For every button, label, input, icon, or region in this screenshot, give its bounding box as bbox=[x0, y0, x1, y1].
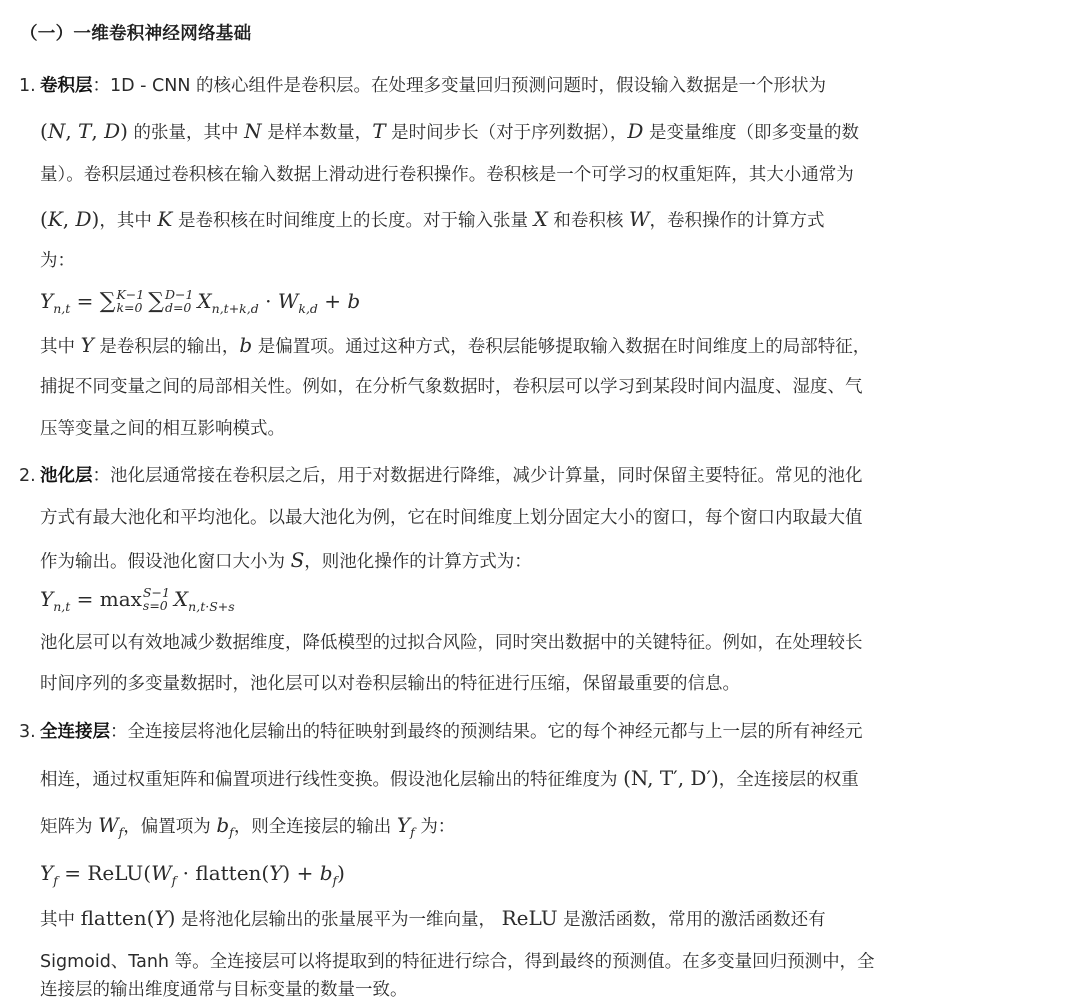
text: 作为输出。假设池化窗口大小为 bbox=[40, 552, 285, 572]
math-shape: (K, D) bbox=[40, 207, 99, 231]
text: ，偏置项为 bbox=[123, 817, 211, 837]
list-number: 2. bbox=[19, 463, 36, 489]
text: 是样本数量， bbox=[267, 123, 372, 143]
text: ，其中 bbox=[99, 211, 152, 231]
formula-fully-connected: Yf = ReLU(Wf · flatten(Y) + bf) bbox=[40, 860, 345, 886]
text: 是将池化层输出的张量展平为一维向量， bbox=[181, 910, 496, 930]
text: ，则池化操作的计算方式为： bbox=[304, 552, 532, 572]
text: 是卷积层的输出， bbox=[99, 337, 239, 357]
text: 矩阵为 bbox=[40, 817, 93, 837]
text: 是变量维度（即多变量的数 bbox=[649, 123, 859, 143]
list-number: 3. bbox=[19, 719, 36, 745]
text: 池化层通常接在卷积层之后，用于对数据进行降维，减少计算量，同时保留主要特征。常见… bbox=[110, 466, 863, 486]
text: ，则全连接层的输出 bbox=[234, 817, 392, 837]
math-var: b bbox=[216, 813, 229, 837]
colon: ： bbox=[93, 466, 111, 486]
paragraph-line: 其中 flatten(Y) 是将池化层输出的张量展平为一维向量， ReLU 是激… bbox=[40, 905, 826, 931]
math-var: X bbox=[534, 207, 548, 231]
paragraph-line: 量）。卷积层通过卷积核在输入数据上滑动进行卷积操作。卷积核是一个可学习的权重矩阵… bbox=[40, 162, 854, 188]
text: 是卷积核在时间维度上的长度。对于输入张量 bbox=[178, 211, 528, 231]
math-var: S bbox=[291, 548, 305, 572]
text: ，全连接层的权重 bbox=[719, 770, 859, 790]
math-var: T bbox=[372, 119, 385, 143]
paragraph-line: (K, D)，其中 K 是卷积核在时间维度上的长度。对于输入张量 X 和卷积核 … bbox=[40, 206, 825, 232]
text: 为： bbox=[420, 817, 455, 837]
term-title: 全连接层 bbox=[40, 722, 110, 742]
list-number: 1. bbox=[19, 73, 36, 99]
formula-convolution: Yn,t = ∑K−1k=0∑D−1d=0Xn,t+k,d · Wk,d + b bbox=[40, 288, 360, 314]
paragraph-line: Sigmoid、Tanh 等。全连接层可以将提取到的特征进行综合，得到最终的预测… bbox=[40, 949, 875, 975]
paragraph-line: 捕捉不同变量之间的局部相关性。例如，在分析气象数据时，卷积层可以学习到某段时间内… bbox=[40, 374, 863, 400]
text: 和卷积核 bbox=[553, 211, 623, 231]
paragraph-line: 压等变量之间的相互影响模式。 bbox=[40, 416, 285, 442]
text: 的张量，其中 bbox=[134, 123, 239, 143]
text: 是激活函数，常用的激活函数还有 bbox=[563, 910, 826, 930]
math-var: W bbox=[629, 207, 650, 231]
paragraph-line: 卷积层：1D - CNN 的核心组件是卷积层。在处理多变量回归预测问题时，假设输… bbox=[40, 73, 826, 99]
text: 1D - CNN 的核心组件是卷积层。在处理多变量回归预测问题时，假设输入数据是… bbox=[110, 76, 826, 96]
math-relu: ReLU bbox=[502, 906, 558, 930]
math-var: D bbox=[627, 119, 643, 143]
math-var: K bbox=[157, 207, 172, 231]
formula-max-pooling: Yn,t = maxS−1s=0Xn,t·S+s bbox=[40, 586, 235, 612]
paragraph-line: 连接层的输出维度通常与目标变量的数量一致。 bbox=[40, 977, 408, 1003]
section-heading: （一）一维卷积神经网络基础 bbox=[20, 20, 251, 45]
paragraph-line: (N, T, D) 的张量，其中 N 是样本数量，T 是时间步长（对于序列数据）… bbox=[40, 118, 859, 144]
math-var: Y bbox=[81, 333, 94, 357]
paragraph-line: 池化层：池化层通常接在卷积层之后，用于对数据进行降维，减少计算量，同时保留主要特… bbox=[40, 463, 863, 489]
paragraph-line: 池化层可以有效地减少数据维度，降低模型的过拟合风险，同时突出数据中的关键特征。例… bbox=[40, 630, 863, 656]
text: 全连接层将池化层输出的特征映射到最终的预测结果。它的每个神经元都与上一层的所有神… bbox=[128, 722, 863, 742]
colon: ： bbox=[110, 722, 128, 742]
math-flatten: flatten(Y) bbox=[81, 906, 176, 930]
paragraph-line: 方式有最大池化和平均池化。以最大池化为例，它在时间维度上划分固定大小的窗口，每个… bbox=[40, 505, 863, 531]
math-shape: (N, T, D) bbox=[40, 119, 128, 143]
text: 是偏置项。通过这种方式，卷积层能够提取输入数据在时间维度上的局部特征， bbox=[258, 337, 871, 357]
paragraph-line: 相连，通过权重矩阵和偏置项进行线性变换。假设池化层输出的特征维度为 (N, T′… bbox=[40, 765, 859, 791]
text: 其中 bbox=[40, 337, 75, 357]
math-var: b bbox=[239, 333, 252, 357]
colon: ： bbox=[93, 76, 111, 96]
paragraph-line: 其中 Y 是卷积层的输出，b 是偏置项。通过这种方式，卷积层能够提取输入数据在时… bbox=[40, 332, 870, 358]
term-title: 池化层 bbox=[40, 466, 93, 486]
paragraph-line: 为： bbox=[40, 248, 75, 274]
text: 相连，通过权重矩阵和偏置项进行线性变换。假设池化层输出的特征维度为 bbox=[40, 770, 618, 790]
math-var: N bbox=[244, 119, 262, 143]
text: 其中 bbox=[40, 910, 75, 930]
paragraph-line: 作为输出。假设池化窗口大小为 S，则池化操作的计算方式为： bbox=[40, 547, 532, 573]
math-shape: (N, T′, D′) bbox=[623, 766, 719, 790]
math-var: W bbox=[98, 813, 119, 837]
text: ，卷积操作的计算方式 bbox=[650, 211, 825, 231]
paragraph-line: 时间序列的多变量数据时，池化层可以对卷积层输出的特征进行压缩，保留最重要的信息。 bbox=[40, 671, 740, 697]
term-title: 卷积层 bbox=[40, 76, 93, 96]
paragraph-line: 全连接层：全连接层将池化层输出的特征映射到最终的预测结果。它的每个神经元都与上一… bbox=[40, 719, 863, 745]
paragraph-line: 矩阵为 Wf，偏置项为 bf，则全连接层的输出 Yf 为： bbox=[40, 812, 455, 838]
text: 是时间步长（对于序列数据）， bbox=[391, 123, 627, 143]
math-var: Y bbox=[397, 813, 410, 837]
